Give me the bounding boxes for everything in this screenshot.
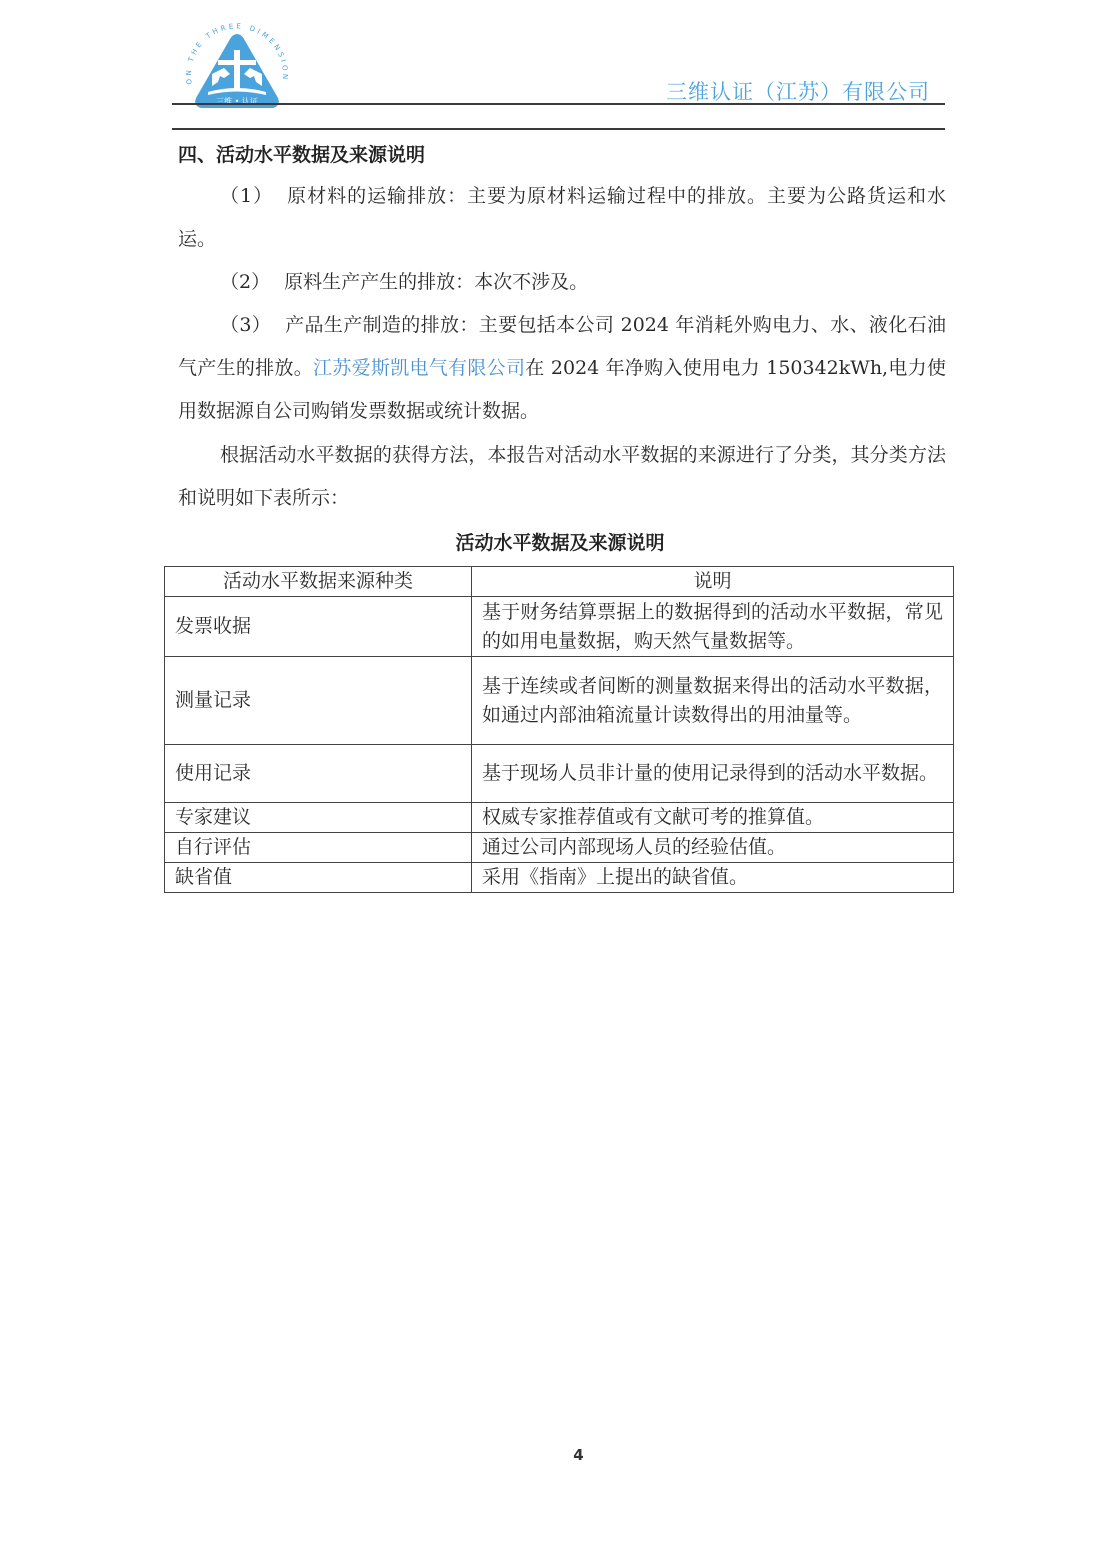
cell-description: 采用《指南》上提出的缺省值。 xyxy=(472,863,954,893)
item-2-text: 原料生产产生的排放：本次不涉及。 xyxy=(284,271,588,293)
section-heading: 四、活动水平数据及来源说明 xyxy=(178,140,425,167)
company-highlight: 江苏爱斯凯电气有限公司 xyxy=(313,357,525,379)
table-row: 测量记录 基于连续或者间断的测量数据来得出的活动水平数据，如通过内部油箱流量计读… xyxy=(165,657,954,745)
header-rule-top xyxy=(172,103,945,105)
paragraph-item-1: （1）原材料的运输排放：主要为原材料运输过程中的排放。主要为公路货运和水运。 xyxy=(178,175,946,261)
company-name: 三维认证（江苏）有限公司 xyxy=(666,76,930,106)
table-intro-paragraph: 根据活动水平数据的获得方法，本报告对活动水平数据的来源进行了分类，其分类方法和说… xyxy=(178,434,946,520)
header-description: 说明 xyxy=(472,567,954,597)
cell-source-type: 缺省值 xyxy=(165,863,472,893)
page-number: 4 xyxy=(0,1446,1102,1464)
item-2-label: （2） xyxy=(220,271,270,293)
company-logo: ON THE THREE DIMENSIONAL CERTIFICATI 三维 … xyxy=(178,22,296,132)
item-1-text: 原材料的运输排放：主要为原材料运输过程中的排放。主要为公路货运和水运。 xyxy=(178,185,946,250)
table-row: 自行评估 通过公司内部现场人员的经验估值。 xyxy=(165,833,954,863)
cell-description: 通过公司内部现场人员的经验估值。 xyxy=(472,833,954,863)
certification-logo-icon: ON THE THREE DIMENSIONAL CERTIFICATI 三维 … xyxy=(178,22,296,132)
paragraph-item-3: （3）产品生产制造的排放：主要包括本公司 2024 年消耗外购电力、水、液化石油… xyxy=(178,304,946,433)
item-3-label: （3） xyxy=(220,314,271,336)
document-page: ON THE THREE DIMENSIONAL CERTIFICATI 三维 … xyxy=(0,0,1102,1557)
header-rule-bottom xyxy=(172,128,945,130)
paragraph-item-2: （2）原料生产产生的排放：本次不涉及。 xyxy=(178,261,946,304)
table-row: 发票收据 基于财务结算票据上的数据得到的活动水平数据，常见的如用电量数据，购天然… xyxy=(165,597,954,657)
cell-source-type: 测量记录 xyxy=(165,657,472,745)
cell-source-type: 发票收据 xyxy=(165,597,472,657)
cell-description: 基于财务结算票据上的数据得到的活动水平数据，常见的如用电量数据，购天然气量数据等… xyxy=(472,597,954,657)
table-row: 专家建议 权威专家推荐值或有文献可考的推算值。 xyxy=(165,803,954,833)
cell-source-type: 自行评估 xyxy=(165,833,472,863)
table-row: 使用记录 基于现场人员非计量的使用记录得到的活动水平数据。 xyxy=(165,745,954,803)
table-caption: 活动水平数据及来源说明 xyxy=(0,528,1102,555)
item-1-label: （1） xyxy=(220,185,273,207)
activity-data-source-table: 活动水平数据来源种类 说明 发票收据 基于财务结算票据上的数据得到的活动水平数据… xyxy=(164,566,954,893)
table-row: 缺省值 采用《指南》上提出的缺省值。 xyxy=(165,863,954,893)
table-header-row: 活动水平数据来源种类 说明 xyxy=(165,567,954,597)
cell-description: 基于现场人员非计量的使用记录得到的活动水平数据。 xyxy=(472,745,954,803)
cell-source-type: 专家建议 xyxy=(165,803,472,833)
header-source-type: 活动水平数据来源种类 xyxy=(165,567,472,597)
cell-description: 权威专家推荐值或有文献可考的推算值。 xyxy=(472,803,954,833)
cell-description: 基于连续或者间断的测量数据来得出的活动水平数据，如通过内部油箱流量计读数得出的用… xyxy=(472,657,954,745)
cell-source-type: 使用记录 xyxy=(165,745,472,803)
